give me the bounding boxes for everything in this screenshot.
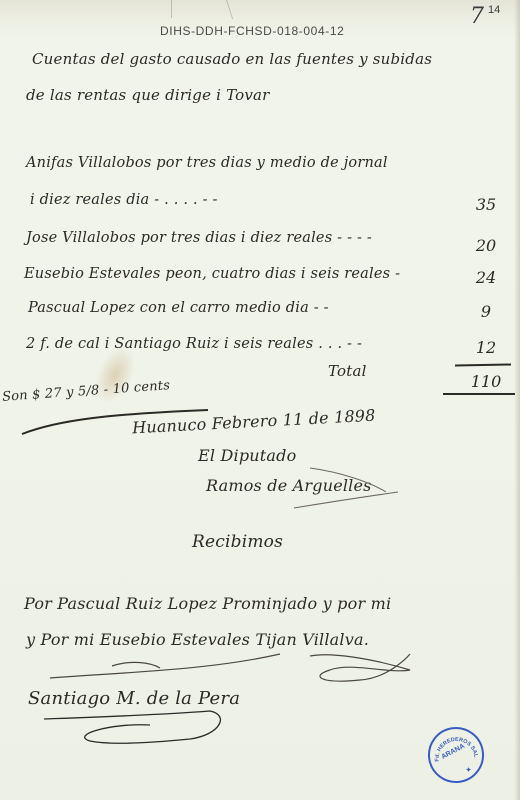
archive-reference-code: DIHS-DDH-FCHSD-018-004-12 xyxy=(160,24,344,38)
entry-4-amount: 9 xyxy=(466,302,506,321)
entry-5-line: 2 f. de cal i Santiago Ruiz i seis reale… xyxy=(26,336,362,352)
total-label: Total xyxy=(328,362,367,380)
archive-stamp: Fd. HEREDEROS SALINAS ARANA ✦ xyxy=(424,723,487,786)
stamp-arc-text: Fd. HEREDEROS SALINAS xyxy=(427,726,486,785)
fold-crease xyxy=(226,0,233,19)
folio-number: 7 xyxy=(470,4,484,29)
folio-superscript: 14 xyxy=(488,4,500,16)
official-signature-flourish xyxy=(290,462,410,512)
receipt-line-1: Por Pascual Ruiz Lopez Prominjado y por … xyxy=(24,594,391,613)
official-title: El Diputado xyxy=(198,446,296,465)
stamp-star-icon: ✦ xyxy=(465,765,473,775)
entry-2-line: Jose Villalobos por tres dias i diez rea… xyxy=(26,230,372,246)
entry-5-amount: 12 xyxy=(466,338,506,357)
fold-crease xyxy=(171,0,172,18)
entry-1-line-1: Anifas Villalobos por tres dias y medio … xyxy=(26,155,388,171)
total-underline xyxy=(443,393,515,395)
title-line-1: Cuentas del gasto causado en las fuentes… xyxy=(32,50,432,68)
entry-1-amount: 35 xyxy=(466,195,506,214)
entry-2-amount: 20 xyxy=(466,236,506,255)
title-line-2: de las rentas que dirige i Tovar xyxy=(26,86,270,104)
entry-3-line: Eusebio Estevales peon, cuatro dias i se… xyxy=(24,266,400,282)
manuscript-page: DIHS-DDH-FCHSD-018-004-12 7 14 Cuentas d… xyxy=(0,0,520,800)
entry-4-line: Pascual Lopez con el carro medio dia - - xyxy=(28,300,329,316)
entry-1-line-2: i diez reales dia - . . . . - - xyxy=(30,192,218,208)
bottom-signature-flourish xyxy=(40,705,230,750)
sum-rule xyxy=(455,364,511,366)
total-amount: 110 xyxy=(466,372,506,391)
received-heading: Recibimos xyxy=(192,532,283,552)
receipt-line-2: y Por mi Eusebio Estevales Tijan Villalv… xyxy=(26,630,369,649)
entry-3-amount: 24 xyxy=(466,268,506,287)
svg-text:Fd. HEREDEROS SALINAS: Fd. HEREDEROS SALINAS xyxy=(427,726,479,765)
